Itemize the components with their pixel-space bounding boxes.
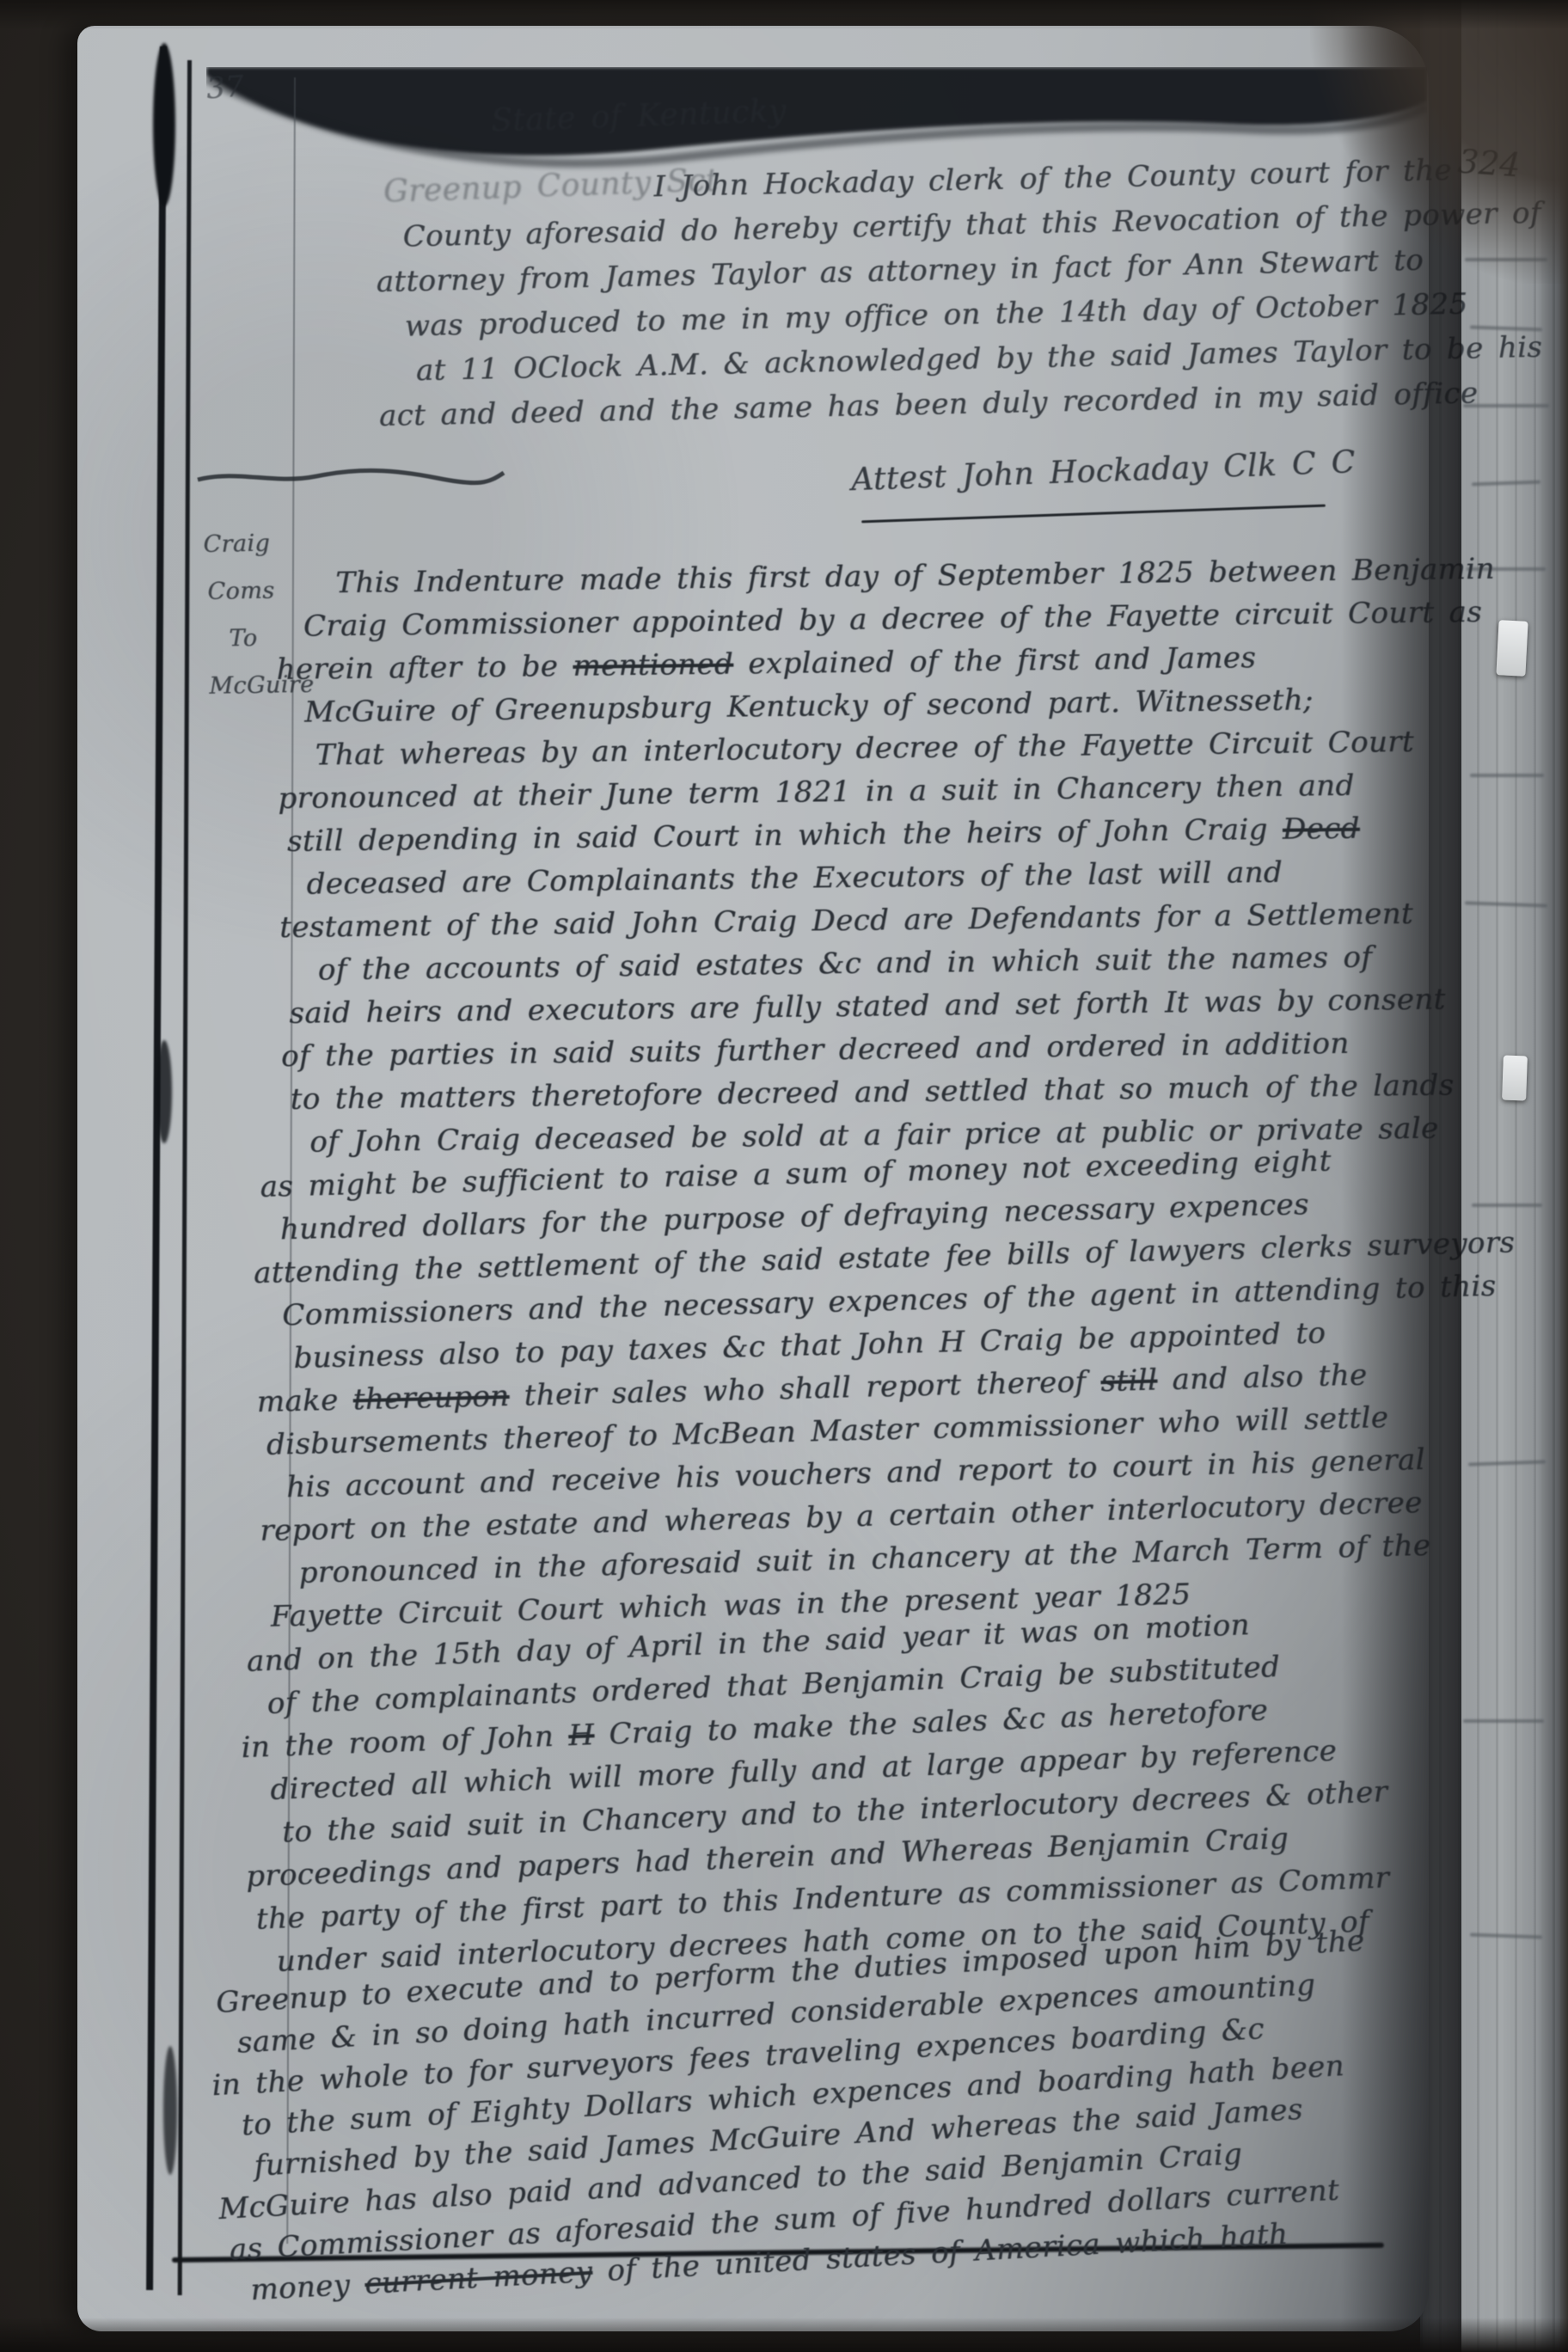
indenture-paragraph-part-1: This Indenture made this first day of Se… xyxy=(284,548,1434,1164)
photo-background: 324 37 State of KentuckyGreenup xyxy=(0,0,1568,2352)
clerk-certification-paragraph: I John Hockaday clerk of the County cour… xyxy=(383,149,1419,438)
adjacent-page-writing xyxy=(1465,258,1547,261)
ledger-page: 37 State of KentuckyGreenup County Sct I… xyxy=(77,26,1429,2331)
indenture-paragraph-part-2: as might be sufficient to raise a sum of… xyxy=(260,1138,1414,1638)
photo-edge-shadow-top xyxy=(0,0,1568,29)
page-number: 37 xyxy=(205,70,246,107)
adjacent-page-writing xyxy=(1472,1204,1542,1207)
ink-blotch xyxy=(156,1040,172,1143)
adjacent-page-writing xyxy=(1470,774,1544,777)
ink-blotch xyxy=(153,43,175,206)
ink-flourish xyxy=(196,466,505,488)
adjacent-page-writing xyxy=(1463,1719,1544,1723)
page-marker-tab xyxy=(1496,620,1528,677)
adjacent-page-number: 324 xyxy=(1457,143,1522,185)
page-marker-tab xyxy=(1502,1056,1528,1101)
indenture-paragraph-part-3: and on the 15th day of April in the said… xyxy=(246,1598,1401,1983)
indenture-paragraph-part-4: Greenup to execute and to perform the du… xyxy=(215,1920,1375,2312)
margin-note-line: Craig xyxy=(203,519,298,568)
ink-blotch xyxy=(163,2046,177,2175)
